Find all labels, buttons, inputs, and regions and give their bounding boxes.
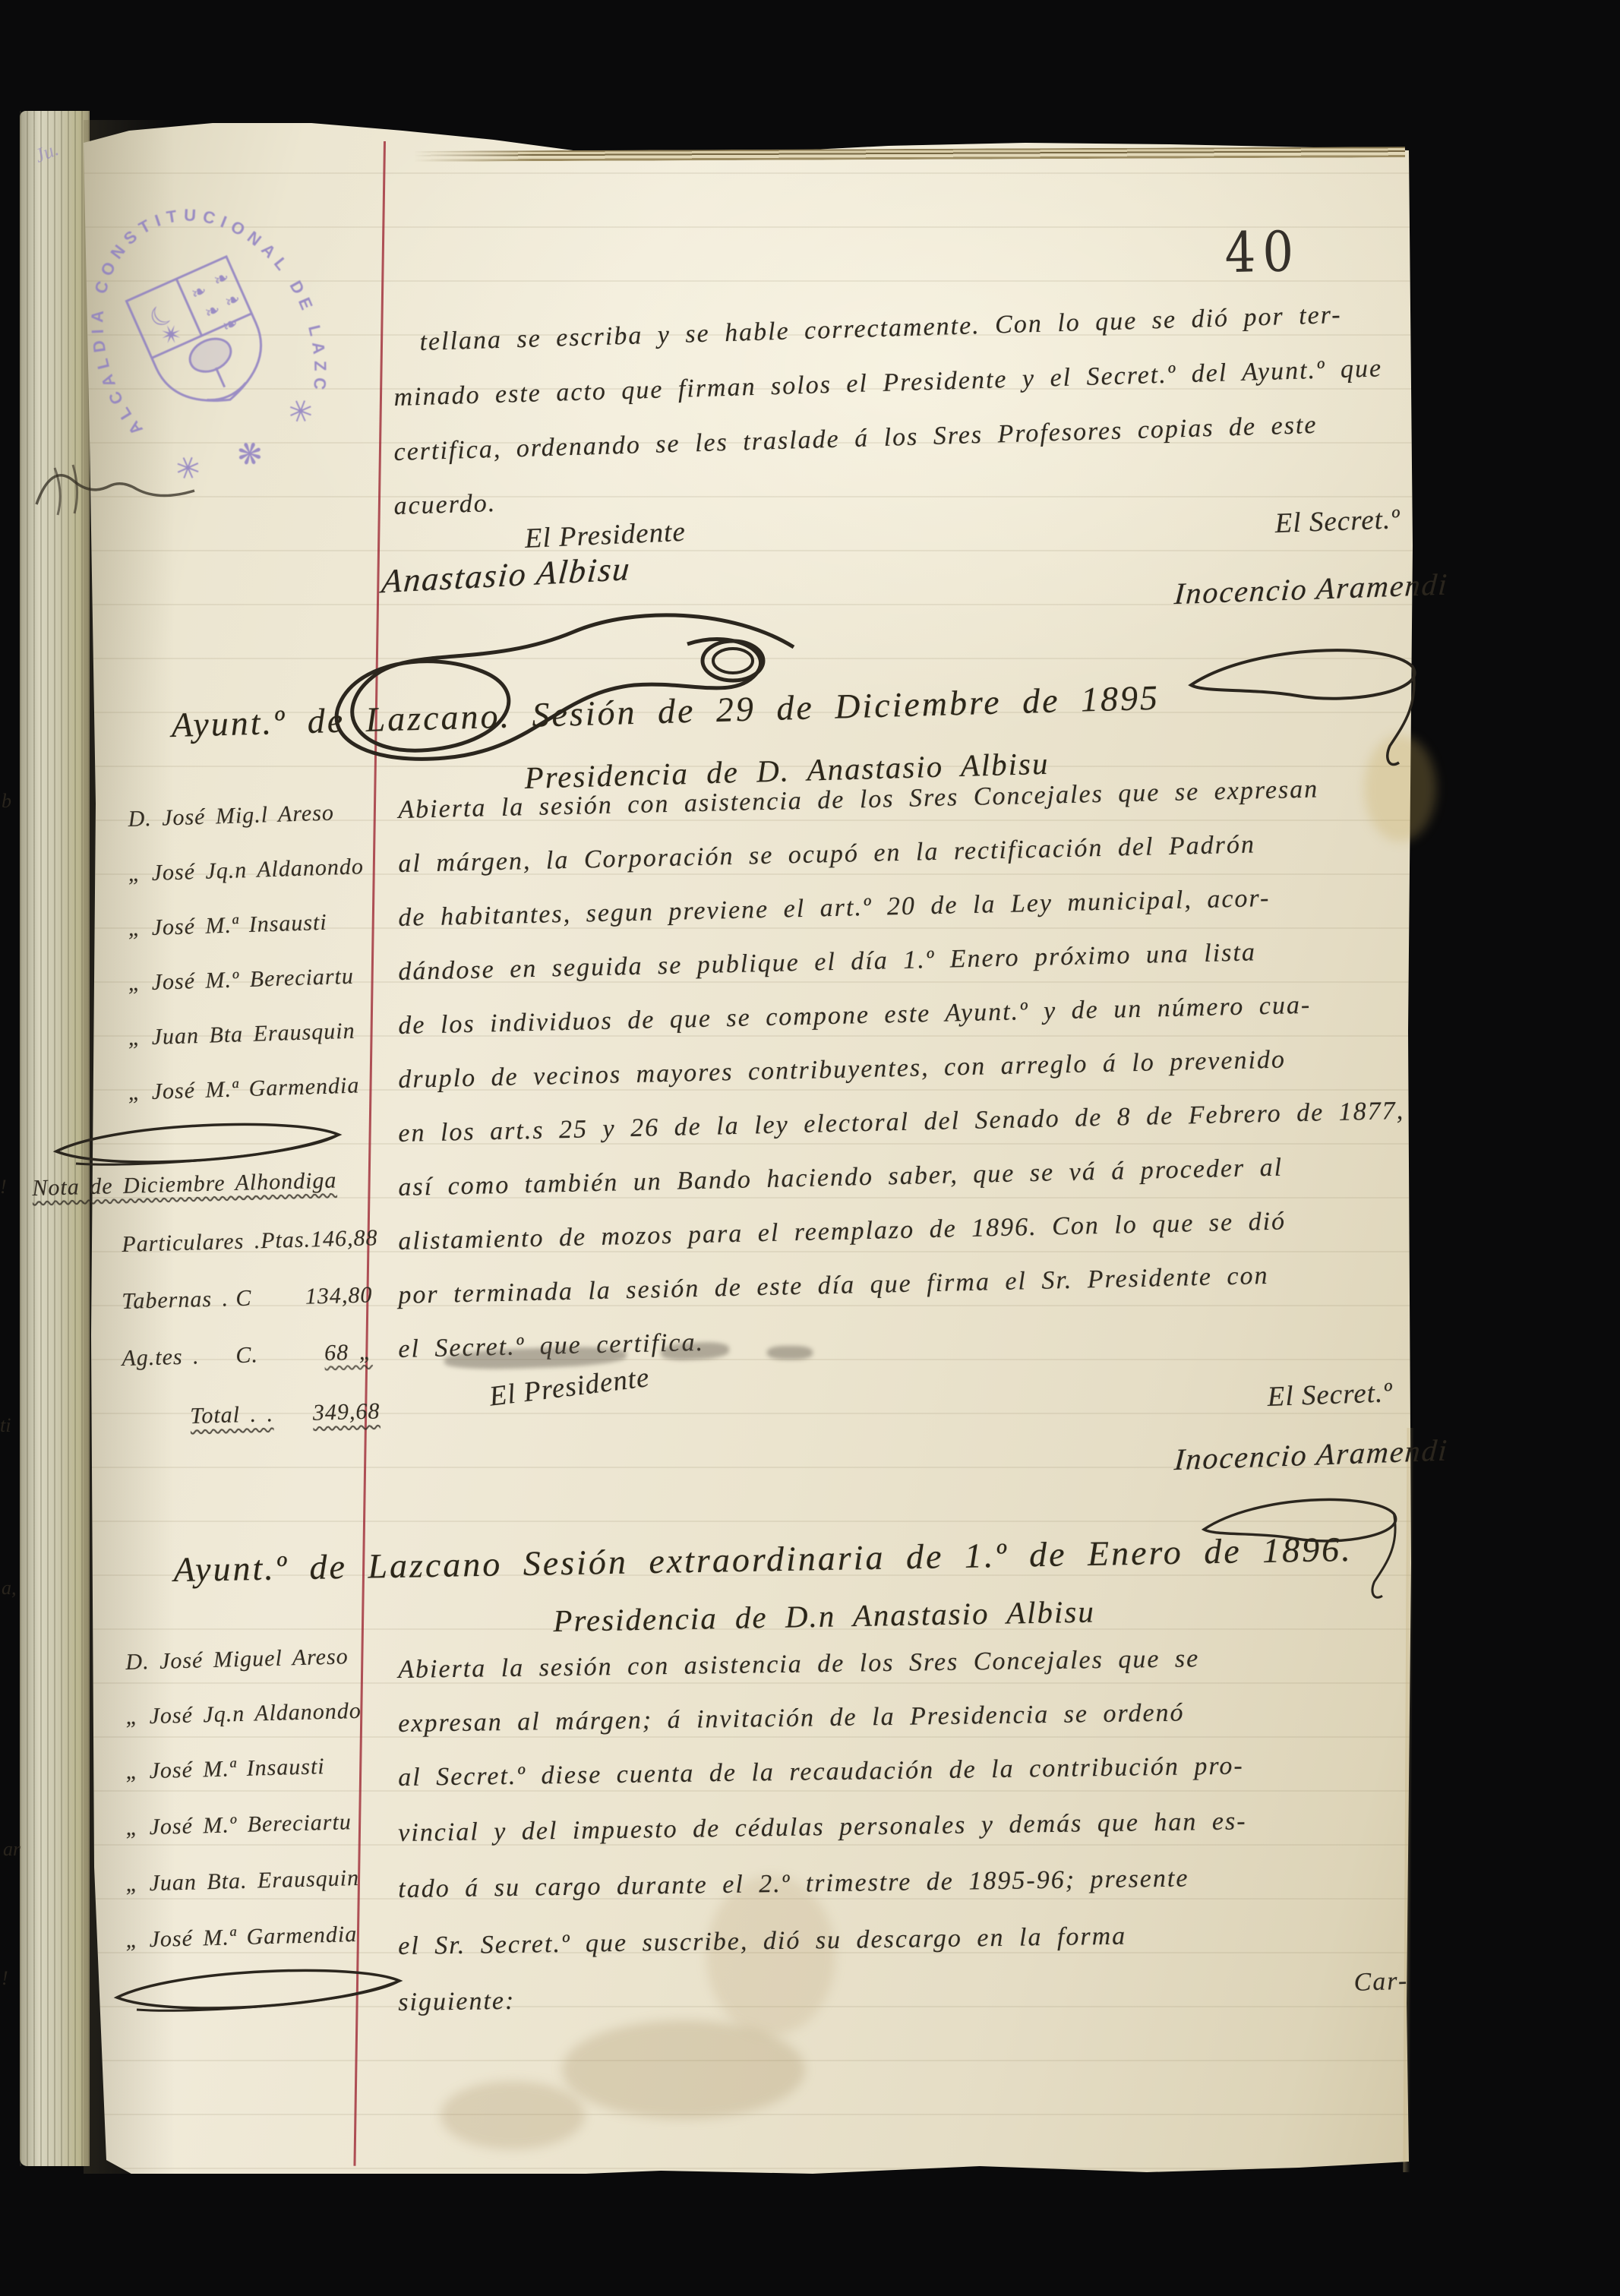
star-icon: ✳: [283, 391, 320, 433]
text-line: siguiente:: [398, 1987, 516, 2017]
paper-stain: [562, 2020, 805, 2119]
manuscript-scan: ALCALDIA CONSTITUCIONAL DE LAZCANO ☾ ✴ ❧…: [0, 0, 1620, 2296]
leaf-icon: ❧: [222, 289, 244, 313]
note-currency: C: [235, 1284, 289, 1312]
ink-smudge: [767, 1346, 813, 1360]
note-label: Ag.tes .: [122, 1343, 236, 1372]
note-label: Particulares .: [122, 1228, 261, 1258]
note-amount: 146,88: [311, 1225, 378, 1252]
edge-fragment: !: [2, 1967, 8, 1990]
edge-fragment: a,: [2, 1577, 17, 1600]
note-amount: 68 „: [289, 1339, 373, 1367]
margin-note-total-row: Total . . 349,68: [190, 1398, 381, 1429]
note-currency: C.: [235, 1341, 289, 1369]
folio-number: 40: [1224, 220, 1301, 286]
text-line: acuerdo.: [393, 489, 497, 521]
paper-stain: [441, 2081, 585, 2149]
edge-fragment: ar: [3, 1838, 21, 1861]
secretary-label: El Secret.º: [1267, 1376, 1393, 1413]
marginal-paraph: [29, 445, 204, 544]
total-amount: 349,68: [289, 1398, 381, 1426]
leaf-icon: ❧: [188, 281, 210, 305]
catchword: Car-: [1353, 1967, 1409, 1998]
attendee-name: „ José M.ª Insausti: [125, 1754, 325, 1785]
secretary-label: El Secret.º: [1274, 503, 1401, 540]
note-amount: 134,80: [289, 1282, 373, 1310]
note-currency: Ptas.: [261, 1227, 311, 1254]
leaf-icon: ❧: [210, 267, 232, 292]
attendee-list-flourish: [106, 1961, 410, 2022]
note-label: Tabernas .: [122, 1286, 236, 1315]
edge-fragment: b: [2, 790, 11, 813]
star-icon: ❋: [232, 434, 269, 475]
edge-fragment: !: [0, 1176, 7, 1199]
total-label: Total . .: [190, 1401, 289, 1429]
edge-fragment: ti: [0, 1414, 11, 1437]
attendee-list-flourish: [46, 1115, 349, 1176]
secretary-rubric-flourish: [1161, 630, 1457, 790]
